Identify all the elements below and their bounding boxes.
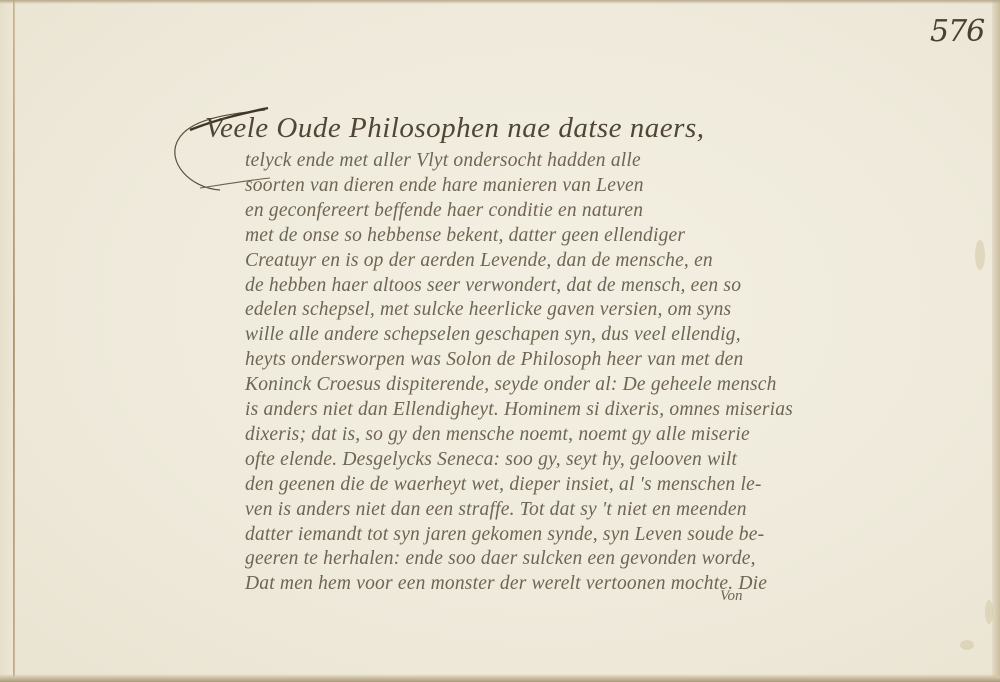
text-line: dixeris; dat is, so gy den mensche noemt… (245, 424, 750, 446)
text-line: edelen schepsel, met sulcke heerlicke ga… (245, 299, 731, 321)
text-line: wille alle andere schepselen geschapen s… (245, 324, 741, 346)
text-line: Dat men hem voor een monster der werelt … (245, 573, 767, 595)
text-line: ven is anders niet dan een straffe. Tot … (245, 499, 747, 521)
binding-margin (0, 0, 14, 682)
text-line: is anders niet dan Ellendigheyt. Hominem… (245, 399, 793, 421)
catchword: Von (720, 588, 743, 605)
text-line: Koninck Croesus dispiterende, seyde onde… (245, 374, 777, 396)
text-line: soorten van dieren ende hare manieren va… (245, 175, 644, 197)
page-bottom-edge (0, 674, 1000, 682)
text-line: datter iemandt tot syn jaren gekomen syn… (245, 524, 764, 546)
text-line: en geconfereert beffende haer conditie e… (245, 200, 643, 222)
text-line: ofte elende. Desgelycks Seneca: soo gy, … (245, 449, 737, 471)
text-line: geeren te herhalen: ende soo daer sulcke… (245, 548, 756, 570)
text-line: de hebben haer altoos seer verwondert, d… (245, 275, 741, 297)
foxing-stain (985, 600, 993, 624)
foxing-stain (975, 240, 985, 270)
text-line: den geenen die de waerheyt wet, dieper i… (245, 474, 762, 496)
page-number: 576 (930, 14, 984, 49)
binding-edge (13, 0, 15, 682)
page-top-edge (0, 0, 1000, 4)
text-line: heyts ondersworpen was Solon de Philosop… (245, 349, 744, 371)
page-right-edge (992, 0, 1000, 682)
text-line: Creatuyr en is op der aerden Levende, da… (245, 250, 713, 272)
foxing-stain (960, 640, 974, 650)
text-line: telyck ende met aller Vlyt ondersocht ha… (245, 150, 641, 172)
manuscript-page: 576 Veele Oude Philosophen nae datse nae… (0, 0, 1000, 682)
text-line: met de onse so hebbense bekent, datter g… (245, 225, 685, 247)
title-line: Veele Oude Philosophen nae datse naers, (205, 112, 705, 145)
